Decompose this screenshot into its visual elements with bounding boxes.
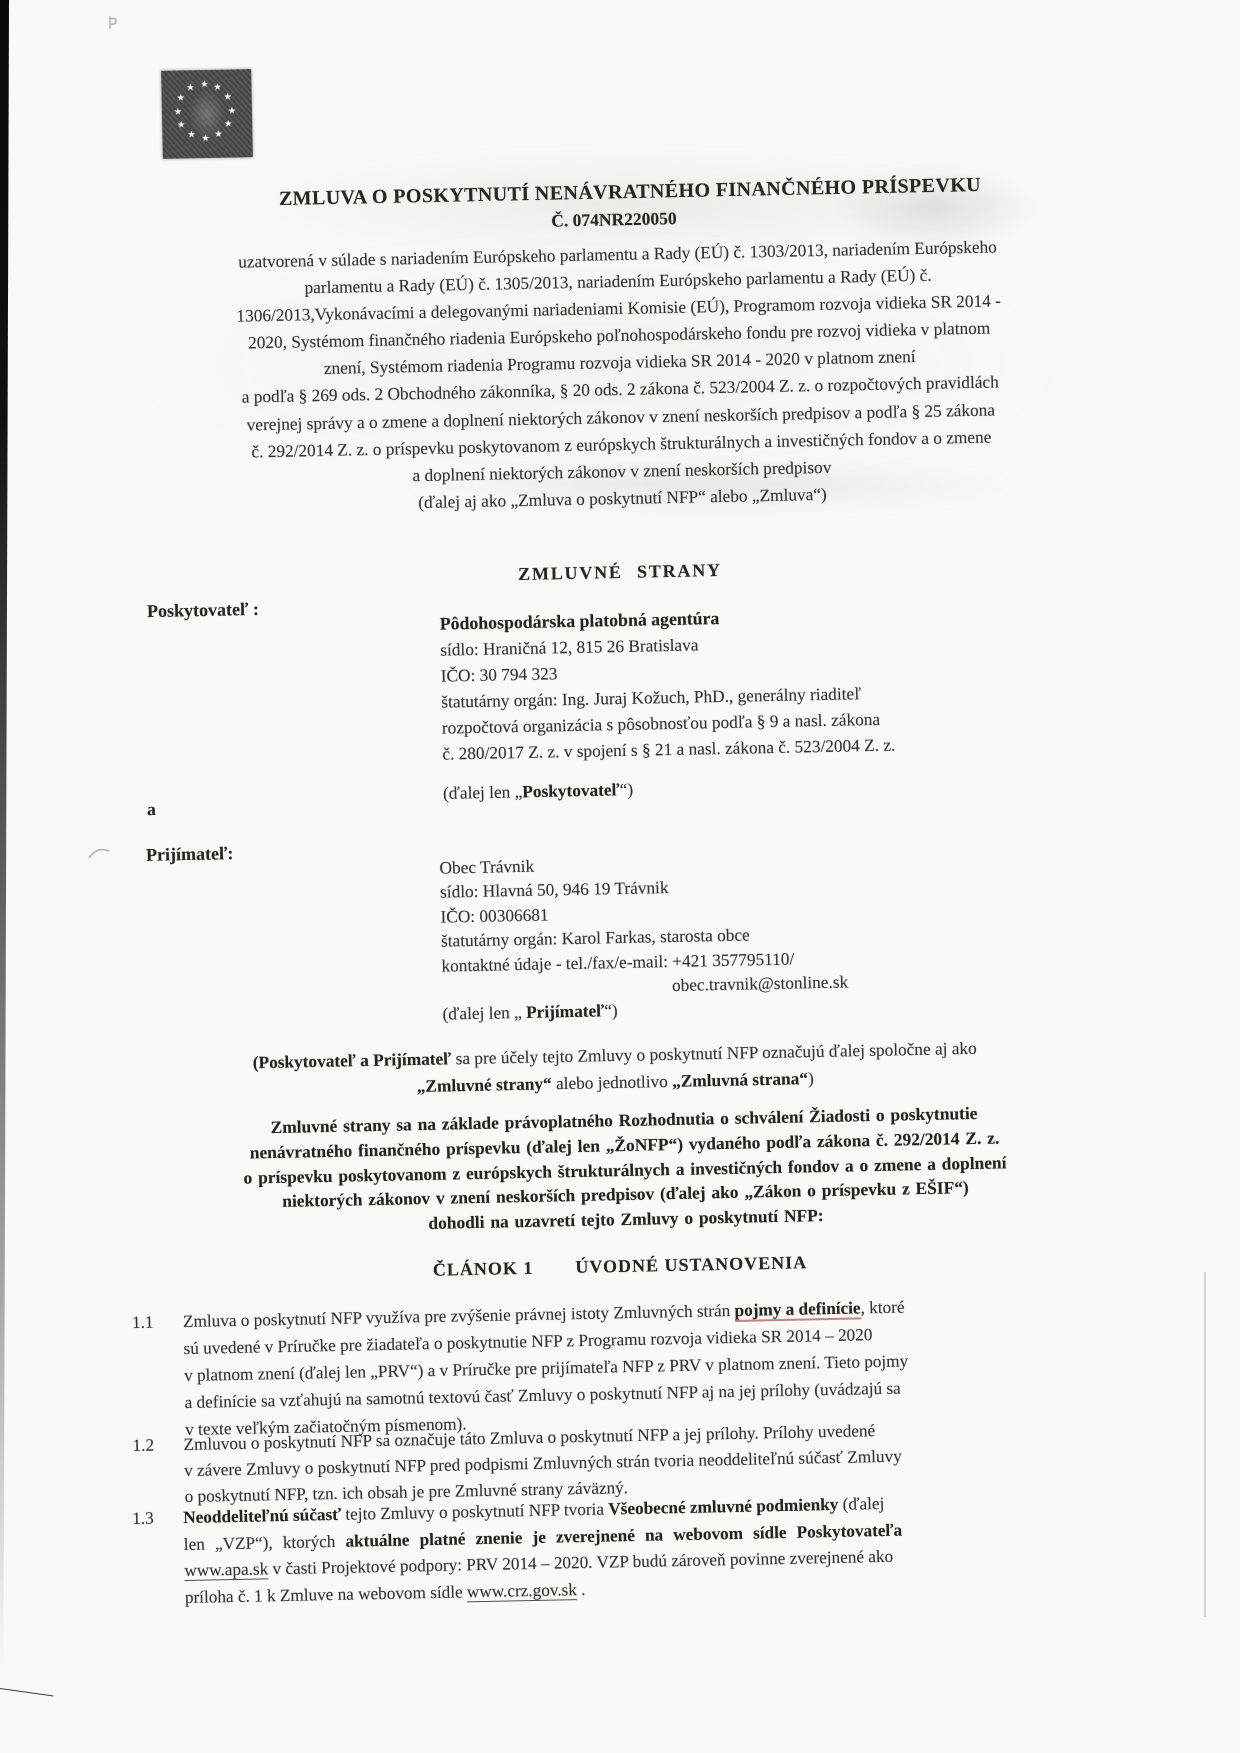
parties-heading: ZMLUVNÉ STRANY <box>120 552 1120 593</box>
beneficiary-label: Prijímateľ: <box>146 843 234 866</box>
article-title: ÚVODNÉ USTANOVENIA <box>575 1252 807 1277</box>
eu-star-icon: ★ <box>200 81 208 90</box>
provider-label: Poskytovateľ : <box>147 599 259 622</box>
beneficiary-alias: (ďalej len „ Prijímateľ“) <box>442 992 1002 1028</box>
pen-mark-icon <box>107 15 118 30</box>
conjunction: a <box>147 799 156 820</box>
pen-mark-icon <box>88 846 110 860</box>
heading-gap <box>533 1273 575 1274</box>
eu-star-icon: ★ <box>187 131 195 140</box>
eu-star-icon: ★ <box>186 84 194 93</box>
joint-designation-note: (Poskytovateľ a Prijímateľ sa pre účely … <box>140 1032 1091 1105</box>
scan-line-artifact <box>1204 1272 1206 1617</box>
scan-edge-bar <box>0 0 9 1672</box>
clause-number: 1.1 <box>132 1309 154 1336</box>
eu-star-icon: ★ <box>174 109 182 118</box>
clause-number: 1.3 <box>132 1506 154 1533</box>
eu-flag-logo: ★ ★ ★ ★ ★ ★ ★ ★ ★ ★ ★ ★ <box>161 69 253 159</box>
provider-details: Pôdohospodárska platobná agentúra sídlo:… <box>439 600 1002 767</box>
eu-star-icon: ★ <box>177 94 185 103</box>
eu-star-icon: ★ <box>177 121 185 130</box>
preamble: uzatvorená v súlade s nariadením Európsk… <box>142 231 1097 521</box>
scan-line-artifact <box>0 1688 53 1697</box>
clause-1-3: 1.3 Neoddeliteľnú súčasť tejto Zmluvy o … <box>132 1486 1134 1612</box>
article-number: ČLÁNOK 1 <box>433 1258 534 1280</box>
beneficiary-details: Obec Trávnik sídlo: Hlavná 50, 946 19 Tr… <box>439 845 1002 1027</box>
eu-star-icon: ★ <box>214 131 222 140</box>
eu-star-icon: ★ <box>228 107 236 116</box>
eu-star-icon: ★ <box>213 84 221 93</box>
provider-alias: (ďalej len „Poskytovateľ“) <box>443 780 633 804</box>
scanned-contract-page: ★ ★ ★ ★ ★ ★ ★ ★ ★ ★ ★ ★ ZMLUVA O POSKYTN… <box>0 0 1240 1753</box>
clause-number: 1.2 <box>132 1433 154 1459</box>
agreement-paragraph: Zmluvné strany sa na základe právoplatné… <box>119 1098 1131 1242</box>
eu-star-icon: ★ <box>224 120 232 129</box>
article-1-heading: ČLÁNOK 1ÚVODNÉ USTANOVENIA <box>120 1246 1120 1287</box>
eu-star-icon: ★ <box>201 135 209 144</box>
eu-star-icon: ★ <box>224 94 232 103</box>
